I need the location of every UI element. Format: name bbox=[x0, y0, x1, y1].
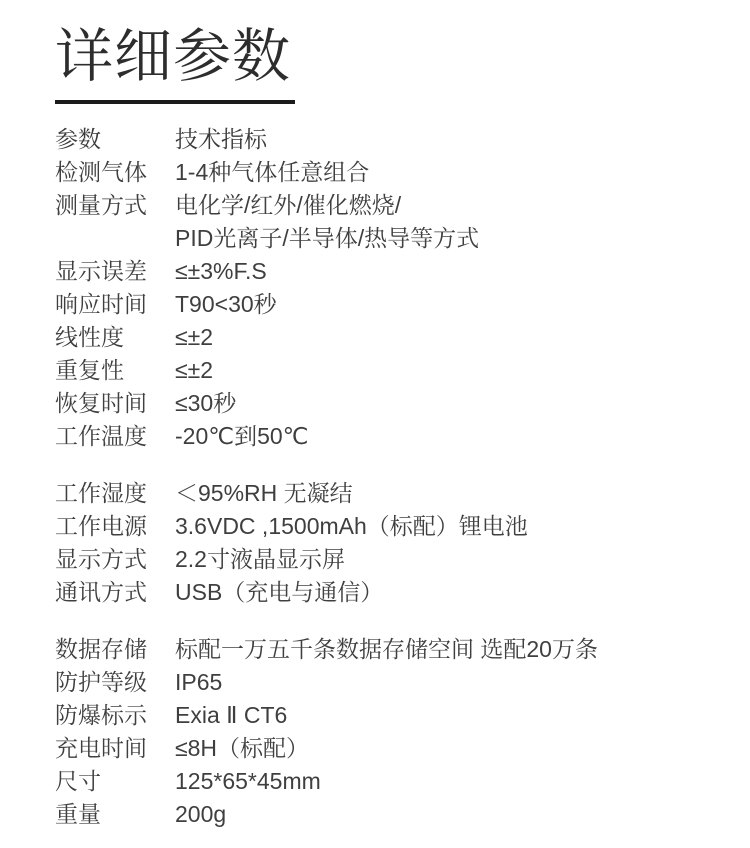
spec-label: 检测气体 bbox=[55, 156, 175, 189]
table-header-row: 参数 技术指标 bbox=[55, 123, 710, 156]
spec-value: ≤8H（标配） bbox=[175, 732, 710, 765]
title-underline bbox=[55, 100, 295, 104]
table-row-data-storage: 数据存储 标配一万五千条数据存储空间 选配20万条 bbox=[55, 633, 710, 666]
spec-value: 标配一万五千条数据存储空间 选配20万条 bbox=[175, 633, 710, 666]
table-row-linearity: 线性度 ≤±2 bbox=[55, 321, 710, 354]
header-param: 参数 bbox=[55, 123, 175, 156]
spec-value: 电化学/红外/催化燃烧/ PID光离子/半导体/热导等方式 bbox=[175, 189, 710, 255]
spec-value: 2.2寸液晶显示屏 bbox=[175, 543, 710, 576]
table-row-display-type: 显示方式 2.2寸液晶显示屏 bbox=[55, 543, 710, 576]
spec-value: -20℃到50℃ bbox=[175, 420, 710, 453]
spec-label: 尺寸 bbox=[55, 765, 175, 798]
table-row-repeatability: 重复性 ≤±2 bbox=[55, 354, 710, 387]
spec-label: 防护等级 bbox=[55, 666, 175, 699]
detail-parameters-page: 详细参数 参数 技术指标 检测气体 1-4种气体任意组合 测量方式 电化学/红外… bbox=[0, 0, 750, 848]
spec-value: 1-4种气体任意组合 bbox=[175, 156, 710, 189]
spec-label: 显示方式 bbox=[55, 543, 175, 576]
header-spec: 技术指标 bbox=[175, 123, 710, 156]
spec-label: 线性度 bbox=[55, 321, 175, 354]
spec-table: 参数 技术指标 检测气体 1-4种气体任意组合 测量方式 电化学/红外/催化燃烧… bbox=[55, 123, 710, 831]
spec-label: 工作湿度 bbox=[55, 477, 175, 510]
spec-value: T90<30秒 bbox=[175, 288, 710, 321]
spec-label: 数据存储 bbox=[55, 633, 175, 666]
spec-value: ≤±3%F.S bbox=[175, 255, 710, 288]
table-row-measure-method: 测量方式 电化学/红外/催化燃烧/ PID光离子/半导体/热导等方式 bbox=[55, 189, 710, 255]
spec-label: 工作电源 bbox=[55, 510, 175, 543]
spec-value: 125*65*45mm bbox=[175, 765, 710, 798]
table-row-detect-gas: 检测气体 1-4种气体任意组合 bbox=[55, 156, 710, 189]
spec-value: 3.6VDC ,1500mAh（标配）锂电池 bbox=[175, 510, 710, 543]
spec-label: 防爆标示 bbox=[55, 699, 175, 732]
spec-value: USB（充电与通信） bbox=[175, 576, 710, 609]
spec-label: 响应时间 bbox=[55, 288, 175, 321]
spec-label: 工作温度 bbox=[55, 420, 175, 453]
spec-label: 重量 bbox=[55, 798, 175, 831]
spec-value: Exia Ⅱ CT6 bbox=[175, 699, 710, 732]
spec-value: ≤±2 bbox=[175, 354, 710, 387]
table-row-working-temperature: 工作温度 -20℃到50℃ bbox=[55, 420, 710, 453]
table-row-response-time: 响应时间 T90<30秒 bbox=[55, 288, 710, 321]
table-row-power-supply: 工作电源 3.6VDC ,1500mAh（标配）锂电池 bbox=[55, 510, 710, 543]
table-row-display-error: 显示误差 ≤±3%F.S bbox=[55, 255, 710, 288]
spec-label: 重复性 bbox=[55, 354, 175, 387]
spec-value: ≤30秒 bbox=[175, 387, 710, 420]
spec-value: 200g bbox=[175, 798, 710, 831]
spec-label: 恢复时间 bbox=[55, 387, 175, 420]
spec-value: IP65 bbox=[175, 666, 710, 699]
table-row-explosion-proof-mark: 防爆标示 Exia Ⅱ CT6 bbox=[55, 699, 710, 732]
page-title: 详细参数 bbox=[55, 24, 710, 91]
spec-value: ＜95%RH 无凝结 bbox=[175, 477, 710, 510]
spec-label: 通讯方式 bbox=[55, 576, 175, 609]
table-row-working-humidity: 工作湿度 ＜95%RH 无凝结 bbox=[55, 477, 710, 510]
spec-label: 测量方式 bbox=[55, 189, 175, 222]
table-row-dimensions: 尺寸 125*65*45mm bbox=[55, 765, 710, 798]
table-row-charging-time: 充电时间 ≤8H（标配） bbox=[55, 732, 710, 765]
spec-label: 显示误差 bbox=[55, 255, 175, 288]
table-row-communication: 通讯方式 USB（充电与通信） bbox=[55, 576, 710, 609]
table-row-protection-rating: 防护等级 IP65 bbox=[55, 666, 710, 699]
spec-label: 充电时间 bbox=[55, 732, 175, 765]
table-row-weight: 重量 200g bbox=[55, 798, 710, 831]
table-row-recovery-time: 恢复时间 ≤30秒 bbox=[55, 387, 710, 420]
spec-value: ≤±2 bbox=[175, 321, 710, 354]
